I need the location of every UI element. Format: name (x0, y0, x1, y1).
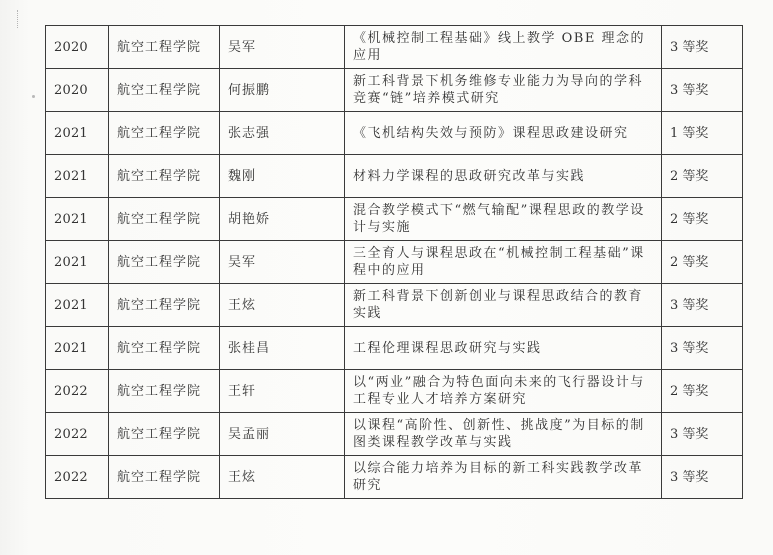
author-cell: 王炫 (220, 456, 345, 499)
college-cell: 航空工程学院 (109, 198, 220, 241)
table-row: 2021 航空工程学院 张桂昌 工程伦理课程思政研究与实践 3 等奖 (46, 327, 743, 370)
title-cell: 新工科背景下创新创业与课程思政结合的教育实践 (345, 284, 662, 327)
award-cell: 3 等奖 (662, 327, 743, 370)
table-row: 2021 航空工程学院 胡艳娇 混合教学模式下“燃气输配”课程思政的教学设计与实… (46, 198, 743, 241)
author-cell: 何振鹏 (220, 69, 345, 112)
title-cell: 新工科背景下机务维修专业能力为导向的学科竞赛“链”培养模式研究 (345, 69, 662, 112)
table-row: 2022 航空工程学院 吴孟丽 以课程“高阶性、创新性、挑战度”为目标的制图类课… (46, 413, 743, 456)
college-cell: 航空工程学院 (109, 26, 220, 69)
table-row: 2020 航空工程学院 吴军 《机械控制工程基础》线上教学 OBE 理念的应用 … (46, 26, 743, 69)
award-cell: 3 等奖 (662, 284, 743, 327)
college-cell: 航空工程学院 (109, 155, 220, 198)
scan-artifact-mark (17, 10, 20, 28)
table-row: 2021 航空工程学院 吴军 三全育人与课程思政在“机械控制工程基础”课程中的应… (46, 241, 743, 284)
award-cell: 3 等奖 (662, 456, 743, 499)
author-cell: 胡艳娇 (220, 198, 345, 241)
title-cell: 工程伦理课程思政研究与实践 (345, 327, 662, 370)
award-table: 2020 航空工程学院 吴军 《机械控制工程基础》线上教学 OBE 理念的应用 … (45, 25, 743, 499)
college-cell: 航空工程学院 (109, 413, 220, 456)
college-cell: 航空工程学院 (109, 284, 220, 327)
award-table-body: 2020 航空工程学院 吴军 《机械控制工程基础》线上教学 OBE 理念的应用 … (46, 26, 743, 499)
award-cell: 3 等奖 (662, 69, 743, 112)
year-cell: 2022 (46, 456, 109, 499)
college-cell: 航空工程学院 (109, 456, 220, 499)
scan-artifact-dot (32, 95, 35, 98)
year-cell: 2021 (46, 241, 109, 284)
college-cell: 航空工程学院 (109, 69, 220, 112)
title-cell: 《飞机结构失效与预防》课程思政建设研究 (345, 112, 662, 155)
award-cell: 2 等奖 (662, 241, 743, 284)
award-cell: 1 等奖 (662, 112, 743, 155)
college-cell: 航空工程学院 (109, 370, 220, 413)
college-cell: 航空工程学院 (109, 241, 220, 284)
year-cell: 2021 (46, 155, 109, 198)
award-cell: 3 等奖 (662, 26, 743, 69)
author-cell: 张桂昌 (220, 327, 345, 370)
year-cell: 2021 (46, 284, 109, 327)
year-cell: 2021 (46, 327, 109, 370)
title-cell: 《机械控制工程基础》线上教学 OBE 理念的应用 (345, 26, 662, 69)
year-cell: 2021 (46, 112, 109, 155)
author-cell: 吴孟丽 (220, 413, 345, 456)
author-cell: 张志强 (220, 112, 345, 155)
author-cell: 吴军 (220, 241, 345, 284)
table-row: 2021 航空工程学院 王炫 新工科背景下创新创业与课程思政结合的教育实践 3 … (46, 284, 743, 327)
table-row: 2021 航空工程学院 张志强 《飞机结构失效与预防》课程思政建设研究 1 等奖 (46, 112, 743, 155)
year-cell: 2022 (46, 413, 109, 456)
award-cell: 3 等奖 (662, 413, 743, 456)
award-cell: 2 等奖 (662, 370, 743, 413)
table-row: 2021 航空工程学院 魏刚 材料力学课程的思政研究改革与实践 2 等奖 (46, 155, 743, 198)
author-cell: 王炫 (220, 284, 345, 327)
table-row: 2020 航空工程学院 何振鹏 新工科背景下机务维修专业能力为导向的学科竞赛“链… (46, 69, 743, 112)
table-row: 2022 航空工程学院 王轩 以“两业”融合为特色面向未来的飞行器设计与工程专业… (46, 370, 743, 413)
year-cell: 2022 (46, 370, 109, 413)
year-cell: 2021 (46, 198, 109, 241)
title-cell: 以课程“高阶性、创新性、挑战度”为目标的制图类课程教学改革与实践 (345, 413, 662, 456)
award-cell: 2 等奖 (662, 198, 743, 241)
scanned-page: 2020 航空工程学院 吴军 《机械控制工程基础》线上教学 OBE 理念的应用 … (0, 0, 773, 555)
table-row: 2022 航空工程学院 王炫 以综合能力培养为目标的新工科实践教学改革研究 3 … (46, 456, 743, 499)
author-cell: 王轩 (220, 370, 345, 413)
college-cell: 航空工程学院 (109, 112, 220, 155)
author-cell: 吴军 (220, 26, 345, 69)
year-cell: 2020 (46, 69, 109, 112)
author-cell: 魏刚 (220, 155, 345, 198)
title-cell: 混合教学模式下“燃气输配”课程思政的教学设计与实施 (345, 198, 662, 241)
award-cell: 2 等奖 (662, 155, 743, 198)
title-cell: 三全育人与课程思政在“机械控制工程基础”课程中的应用 (345, 241, 662, 284)
college-cell: 航空工程学院 (109, 327, 220, 370)
year-cell: 2020 (46, 26, 109, 69)
title-cell: 材料力学课程的思政研究改革与实践 (345, 155, 662, 198)
title-cell: 以综合能力培养为目标的新工科实践教学改革研究 (345, 456, 662, 499)
title-cell: 以“两业”融合为特色面向未来的飞行器设计与工程专业人才培养方案研究 (345, 370, 662, 413)
